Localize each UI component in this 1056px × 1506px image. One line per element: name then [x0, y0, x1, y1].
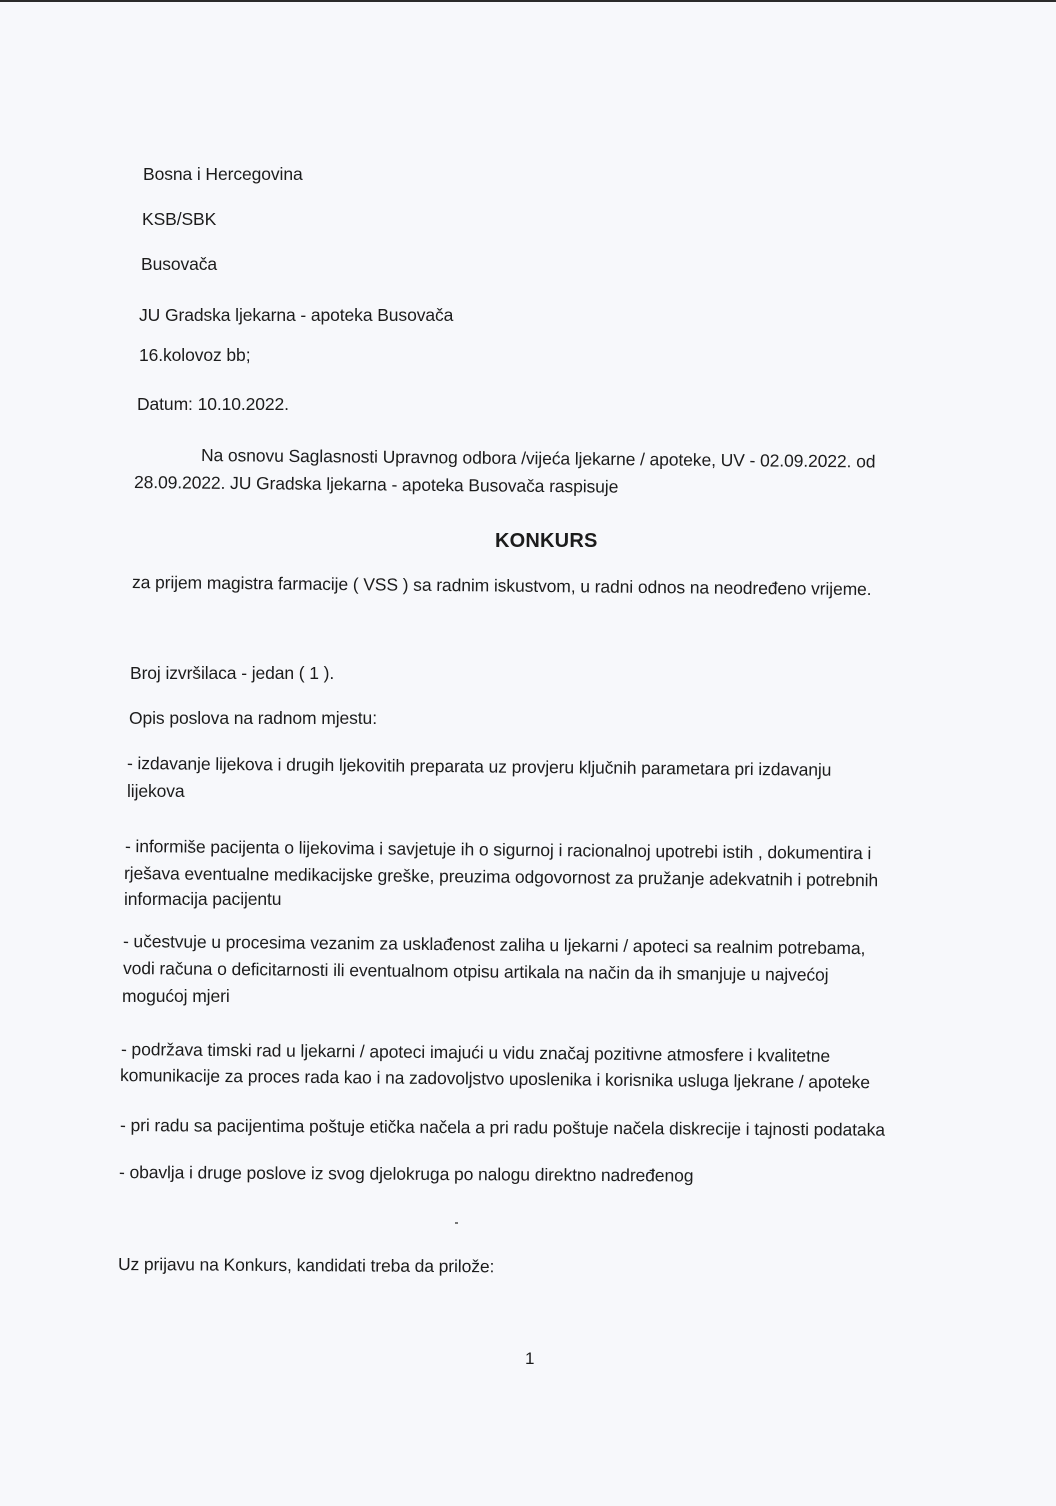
header-institution: JU Gradska ljekarna - apoteka Busovača — [139, 305, 453, 326]
header-date: Datum: 10.10.2022. — [137, 394, 289, 415]
duty-line: komunikacije za proces rada kao i na zad… — [120, 1065, 870, 1093]
header-canton: KSB/SBK — [142, 209, 216, 230]
duty-line: - učestvuje u procesima vezanim za uskla… — [123, 931, 865, 959]
intro-line-1: Na osnovu Saglasnosti Upravnog odbora /v… — [201, 445, 876, 472]
header-country: Bosna i Hercegovina — [143, 164, 303, 185]
document-page: Bosna i Hercegovina KSB/SBK Busovača JU … — [0, 2, 1056, 1506]
duty-line: rješava eventualne medikacijske greške, … — [124, 863, 878, 891]
subject-line: za prijem magistra farmacije ( VSS ) sa … — [132, 572, 872, 600]
duty-line: - podržava timski rad u ljekarni / apote… — [121, 1039, 830, 1067]
attachments-intro: Uz prijavu na Konkurs, kandidati treba d… — [118, 1254, 494, 1277]
duty-line: vodi računa o deficitarnosti ili eventua… — [123, 958, 829, 986]
duty-line: informacija pacijentu — [124, 889, 281, 910]
duty-line: - pri radu sa pacijentima poštuje etička… — [120, 1115, 885, 1141]
duty-line: lijekova — [127, 781, 185, 802]
executors-count: Broj izvršilaca - jedan ( 1 ). — [130, 663, 334, 684]
duties-heading: Opis poslova na radnom mjestu: — [129, 708, 377, 729]
duty-line: - informiše pacijenta o lijekovima i sav… — [125, 836, 871, 864]
intro-line-2: 28.09.2022. JU Gradska ljekarna - apotek… — [134, 472, 618, 498]
header-city: Busovača — [141, 254, 217, 275]
page-number: 1 — [525, 1349, 534, 1369]
duty-line: - izdavanje lijekova i drugih ljekovitih… — [127, 753, 832, 781]
duty-line: mogućoj mjeri — [122, 986, 230, 1007]
scan-speck — [455, 1222, 458, 1224]
header-address: 16.kolovoz bb; — [139, 345, 250, 366]
document-title: KONKURS — [495, 530, 598, 553]
duty-line: - obavlja i druge poslove iz svog djelok… — [119, 1162, 694, 1187]
